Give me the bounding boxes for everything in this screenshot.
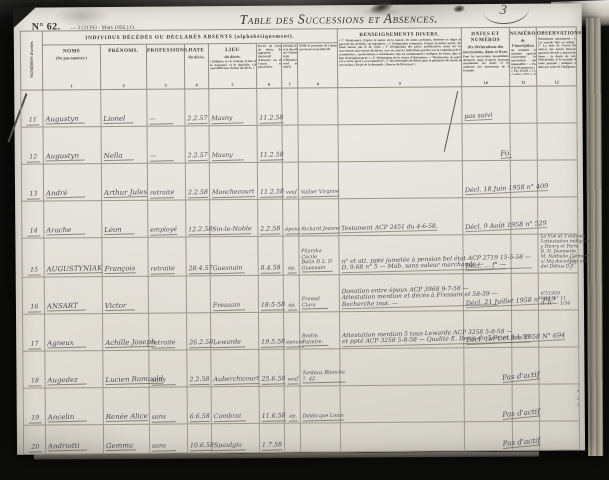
cell-prenoms: Victor [102,276,148,313]
cell-date-acte: 11.2.58 [257,125,282,162]
cell-renseignements: Donation entre époux ACP 3968 9-7-58 — A… [339,274,463,312]
cell-noms: Augustyn [43,127,101,164]
cell-numero-ordre: 19 [23,388,45,425]
cell-observations [539,384,579,421]
column-header-date-deces: DATE du décès. 4 [184,44,208,89]
cell-prenoms: Arthur Jules [101,163,147,200]
cell-renseignements [340,348,464,386]
cell-observations [539,421,579,450]
cell-lieu-deces: Masny [209,125,257,162]
cell-professions: sans [149,350,187,387]
cell-etat-civil [284,423,300,452]
cell-date-acte: 2.2.58 [258,199,283,236]
cell-professions: — [147,89,185,126]
cell-noms: Arache [44,201,102,238]
table-row: 17 Agneux Achille Joseph retraité 26.2.5… [23,310,579,351]
column-header-etat-civil: INDIQUER si le décédé ou l'absent était … [281,43,297,88]
cell-prenoms: Nella [101,126,147,163]
cell-observations [537,160,577,197]
column-header-observations: OBSERVATIONS. Mentionner notamment : 1° … [536,27,576,86]
cell-lieu-deces: Auberchicourt [211,349,259,386]
column-header-date-acte: DATE de l'acte de décès, du jugement déc… [256,43,281,88]
cell-prenoms: Léon [102,200,148,237]
cell-renseignements [338,87,462,125]
cell-etat-civil [282,125,298,162]
cell-professions: sans [149,387,187,424]
cell-professions: retraité [147,163,185,200]
cell-noms: AUGUSTYNIAK [44,238,102,277]
cell-lieu-deces: Masny [209,88,257,125]
table-row: 11 Augustyn Lionel — 2.2.57 Masny 11.2.5… [21,86,577,127]
cell-date-acte: 18-5-58 [258,275,283,312]
cell-numero-ordre: 18 [23,351,45,388]
cell-numero-ordre: 13 [21,164,43,201]
cell-date-deces: 28.4.57 [186,237,210,276]
cell-date-deces: 2.2.58 [187,350,211,387]
cell-epoux [300,423,340,452]
column-header-epoux: NOM et prénoms de l'époux survivant ou p… [297,43,337,88]
registry-table: NUMÉROS d'ordre. INDIVIDUS DÉCÉDÉS OU DÉ… [20,26,580,454]
cell-dates-numeros: Décl. 9 Août 1958 n° 529 [463,197,511,234]
cell-date-deces: 2.2.57 [185,89,209,126]
cell-numero-inscription [510,86,537,123]
cell-numero-ordre: 16 [22,277,44,314]
cell-numero-inscription: Pas d'actif [512,421,539,450]
column-header-prenoms: PRÉNOMS. 2 [100,44,146,89]
cell-numero-ordre: 14 [22,201,44,238]
cell-etat-civil [282,88,298,125]
cell-professions: sans [149,424,187,453]
document-page: N° 62. — 3 (31393 - Mars 1956.) O. Table… [14,3,585,454]
cell-etat-civil: veuf [284,349,300,386]
cell-numero-inscription: Pas d'actif [512,384,539,421]
page-number-underline [483,8,530,26]
table-row: 19 Ancelin Renée Alice sans 6.6.58 Cambr… [23,384,579,425]
cell-etat-civil: ép. [283,236,299,275]
cell-etat-civil: ép. [283,275,299,312]
cell-dates-numeros: pas suivi [462,86,510,123]
cell-renseignements [338,161,462,199]
cell-numero-ordre: 20 [23,425,45,454]
cell-prenoms: Renée Alice [103,387,149,424]
cell-noms: Andriotti [45,425,103,454]
column-header-numero-ordre: NUMÉROS d'ordre. [20,31,42,90]
cell-renseignements [340,385,464,423]
cell-date-deces: 2.2.57 [185,126,209,163]
cell-etat-civil: époux [283,199,299,236]
cell-epoux: Fremel Clara [299,275,339,312]
cell-noms: Ancelin [45,388,103,425]
cell-numero-ordre: 15 [22,238,44,277]
cell-lieu-deces: Guesnain [210,236,258,275]
cell-lieu-deces: Lewarde [211,312,259,349]
cell-epoux: Vallier Virginie [298,162,338,199]
cell-observations [537,123,577,160]
cell-etat-civil: ép. [284,386,300,423]
cell-renseignements: n° et att. ppté jumelée à pension bel ét… [339,235,463,275]
cell-observations [538,197,578,234]
cell-date-deces: 6.6.58 [187,387,211,424]
table-row: 20 Andriotti Gemma sans 10.6.58 Spaulgia… [23,421,579,454]
cell-professions: — [147,126,185,163]
cell-date-deces: 2.2.58 [185,163,209,200]
cell-etat-civil: épouse [284,312,300,349]
cell-date-deces: 12.2.58 [186,200,210,237]
cell-prenoms: Lucien Romuald [103,350,149,387]
cell-noms: Agneux [45,314,103,351]
cell-numero-ordre: 17 [23,314,45,351]
cell-noms: Augedez [45,351,103,388]
ink-spot [451,3,467,14]
cell-epoux: Brétin Palmire. [300,312,340,349]
cell-prenoms: Lionel [101,89,147,126]
table-row: 15 AUGUSTYNIAK François retraité 28.4.57… [22,234,578,277]
cell-observations: La Vve et 3 enfants l'attestation indiqu… [538,234,578,273]
cell-renseignements: Attestation mention 5 tous Lewarde ACP 3… [340,311,464,349]
cell-dates-numeros: Décl. 18 Juin 1958 n° 409 [462,160,510,197]
cell-professions: retraité [149,313,187,350]
column-header-renseignements: RENSEIGNEMENTS DIVERS. ( 1° Mentionner, … [337,28,461,88]
table-row: 14 Arache Léon employé 12.2.58 Sin-le-No… [22,197,578,238]
cell-date-acte: 11.2.58 [257,88,282,125]
cell-professions: employé [148,200,186,237]
column-header-professions: PROFESSIONS. 3 [146,44,184,89]
cell-renseignements [340,422,464,452]
cell-lieu-deces: Cambrai [211,386,259,423]
cell-observations [537,86,577,123]
cell-renseignements: Testament ACP 2451 du 4-6-58. [339,198,463,236]
cell-epoux: Tordeux Blanche 7. 42 [300,349,340,386]
cell-date-acte: 1.7.58 [259,423,284,452]
cell-numero-inscription: Fo. [510,123,537,160]
cell-observations [539,347,579,384]
cell-date-deces: 10.6.58 [187,424,211,453]
column-header-dates-numeros: DATES ET NUMÉROS des déclarations des su… [461,27,509,86]
cell-epoux: Deldicque Louis [300,386,340,423]
cell-noms: Augustyn [43,90,101,127]
cell-date-acte: 25.6.58 [259,349,284,386]
cell-lieu-deces: Fressain [210,275,258,312]
cell-prenoms: Gemma [103,424,149,453]
cell-numero-ordre: 12 [21,127,43,164]
cell-date-deces [186,276,210,313]
cell-noms: ANSART [44,277,102,314]
cell-lieu-deces: Spaulgia [211,423,259,452]
cell-etat-civil: veuf [282,162,298,199]
scan-background: N° 62. — 3 (31393 - Mars 1956.) O. Table… [0,0,609,480]
cell-date-acte: 11.2.58 [257,162,282,199]
column-header-noms: NOMS (Ne pas omettre.) 1 [42,45,100,90]
cell-lieu-deces: Sin-le-Noble [210,199,258,236]
cell-epoux: Pilarska Cécile Belin D 2. D Guesnain [299,236,339,275]
cell-professions [148,276,186,313]
cell-professions: retraité [148,237,186,276]
cell-epoux [298,88,338,125]
cell-date-acte: 8.4.58 [258,236,283,275]
cell-date-acte: 11.6.58 [259,386,284,423]
cell-observations: 67/1959 Insc. n° 11 R. D. — 1/34 [538,273,578,310]
cell-epoux [298,125,338,162]
cell-prenoms: François [102,237,148,276]
cell-noms: André [43,164,101,201]
table-row: 12 Augustyn Nella — 2.2.57 Masny 11.2.58… [21,123,577,164]
cell-lieu-deces: Monchecourt [209,162,257,199]
table-row: 13 André Arthur Jules retraité 2.2.58 Mo… [21,160,577,201]
cell-renseignements [338,124,462,162]
cell-numero-ordre: 11 [21,90,43,127]
cell-epoux: Richard Jeanne [299,199,339,236]
table-row: 18 Augedez Lucien Romuald sans 2.2.58 Au… [23,347,579,388]
cell-prenoms: Achille Joseph [103,313,149,350]
column-header-lieu-deces: LIEU du décès. ( Indiquer, le cas échéan… [208,43,256,88]
cell-observations [539,310,579,347]
cell-date-deces: 26.2.58 [187,313,211,350]
column-header-numero-inscription: NUMÉRO de l'inscription au sommier ou me… [509,27,536,86]
cell-date-acte: 19.5.58 [259,312,284,349]
table-row: 16 ANSART Victor Fressain 18-5-58 ép. Fr… [22,273,578,314]
cell-numero-inscription: Pas d'actif [512,347,539,384]
